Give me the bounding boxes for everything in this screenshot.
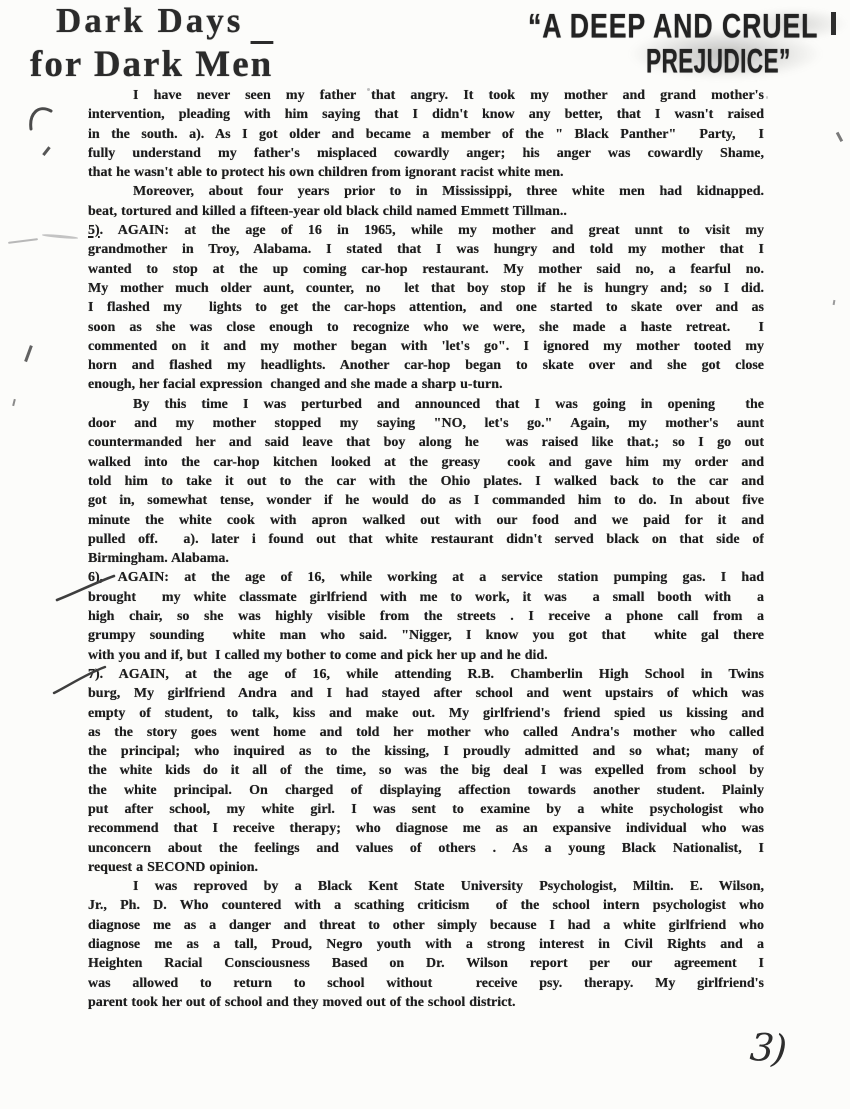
text-line: the white kids do it all of the time, so… (88, 761, 764, 780)
scan-speck (766, 96, 768, 99)
scan-speck (836, 132, 843, 142)
text-line: request a SECOND opinion. (88, 858, 764, 877)
text-line: unconcern about the feelings and values … (88, 839, 764, 858)
text-line: I was reproved by a Black Kent State Uni… (88, 877, 764, 896)
scan-speck (833, 300, 836, 305)
text-line: Birmingham. Alabama. (88, 549, 764, 568)
headline-line2: PREJUDICE” (646, 43, 791, 82)
body-text: I have never seen my father that angry. … (88, 86, 764, 1012)
text-line: wanted to stop at the up coming car-hop … (88, 260, 764, 279)
text-line: diagnose me as a tall, Proud, Negro yout… (88, 935, 764, 954)
headline-line1: “A DEEP AND CRUEL (528, 8, 818, 47)
text-line: fully understand my father's misplaced c… (88, 144, 764, 163)
text-line: 6), AGAIN: at the age of 16, while worki… (88, 568, 764, 587)
text-line: door and my mother stopped my saying "NO… (88, 414, 764, 433)
text-line: Moreover, about four years prior to in M… (88, 182, 764, 201)
text-line: horn and flashed my headlights. Another … (88, 356, 764, 375)
scan-speck (367, 88, 370, 91)
page-number-handwritten: 3) (749, 1025, 787, 1071)
text-line: I have never seen my father that angry. … (88, 86, 764, 105)
text-line: countermanded her and said leave that bo… (88, 433, 764, 452)
pencil-mark (42, 233, 78, 239)
text-line: recommend that I receive therapy; who di… (88, 819, 764, 838)
text-line: minute the white cook with apron walked … (88, 511, 764, 530)
handwritten-slash-section-6 (55, 573, 117, 608)
cut-edge-mark (831, 12, 836, 35)
text-line: enough, her facial expression changed an… (88, 375, 764, 394)
article-title-line2: for Dark Men (30, 43, 273, 86)
text-line: with you and if, but I called my bother … (88, 646, 764, 665)
text-line: I flashed my lights to get the car-hops … (88, 298, 764, 317)
text-line: parent took her out of school and they m… (88, 993, 764, 1012)
text-line: grandmother in Troy, Alabama. I stated t… (88, 240, 764, 259)
text-line: intervention, pleading with him saying t… (88, 105, 764, 124)
small-ink-mark (12, 399, 16, 406)
handwritten-slash-section-7 (52, 664, 108, 701)
text-line: told him to take it out to the car with … (88, 472, 764, 491)
text-line: as the story goes went home and told her… (88, 723, 764, 742)
text-line: in the south. a). As I got older and bec… (88, 125, 764, 144)
text-line: the white principal. On charged of displ… (88, 781, 764, 800)
overline-scan-artifact: n (251, 44, 274, 85)
text-line: Jr., Ph. D. Who countered with a scathin… (88, 896, 764, 915)
article-title-line2-text: for Dark Me (30, 44, 251, 85)
text-line: got in, somewhat tense, wonder if he wou… (88, 491, 764, 510)
text-line: burg, My girlfriend Andra and I had stay… (88, 684, 764, 703)
text-line: empty of student, to talk, kiss and make… (88, 704, 764, 723)
text-line: soon as she was close enough to recogniz… (88, 318, 764, 337)
handwritten-arc-mark (28, 102, 54, 137)
text-line: By this time I was perturbed and announc… (88, 395, 764, 414)
text-line: 7). AGAIN, at the age of 16, while atten… (88, 665, 764, 684)
text-line: Heighten Racial Consciousness Based on D… (88, 954, 764, 973)
pencil-mark (8, 238, 38, 244)
text-line: grumpy sounding white man who said. "Nig… (88, 626, 764, 645)
text-line: commented on it and my mother began with… (88, 337, 764, 356)
underlined-section-number: 5) (88, 223, 100, 238)
text-line: My mother much older aunt, counter, no l… (88, 279, 764, 298)
text-line: 5). AGAIN: at the age of 16 in 1965, whi… (88, 221, 764, 240)
text-line: high chair, so she was highly visible fr… (88, 607, 764, 626)
text-line: was allowed to return to school without … (88, 974, 764, 993)
text-line: diagnose me as a danger and threat to ot… (88, 916, 764, 935)
article-title-line1: Dark Days (56, 1, 243, 41)
text-line: pulled off. a). later i found out that w… (88, 530, 764, 549)
text-line: walked into the car-hop kitchen looked a… (88, 453, 764, 472)
margin-slash-mark (24, 345, 32, 362)
pen-tick-mark (42, 146, 50, 155)
document-page: Dark Days for Dark Men “A DEEP AND CRUEL… (0, 0, 850, 1109)
text-line: beat, tortured and killed a fifteen-year… (88, 202, 764, 221)
text-line: brought my white classmate girlfriend wi… (88, 588, 764, 607)
text-line: the principal; who inquired as to the ki… (88, 742, 764, 761)
text-line: put after school, my white girl. I was s… (88, 800, 764, 819)
text-line: that he wasn't able to protect his own c… (88, 163, 764, 182)
